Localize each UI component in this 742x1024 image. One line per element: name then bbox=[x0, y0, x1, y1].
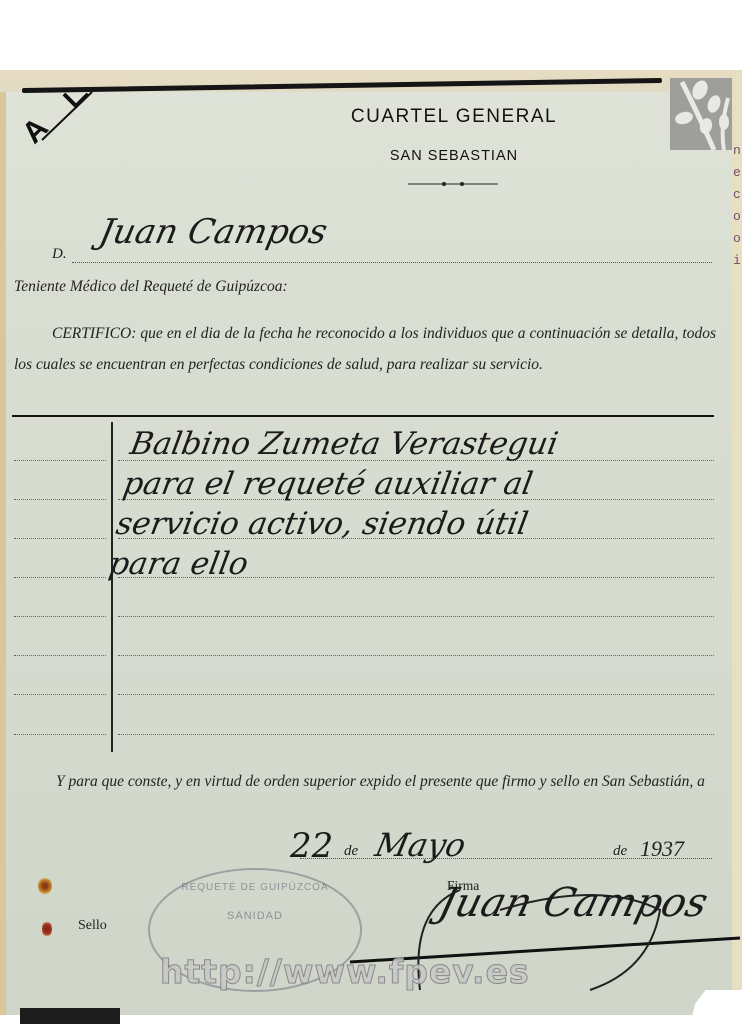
date-de-2: de bbox=[613, 843, 627, 860]
table-row-line bbox=[14, 655, 106, 656]
handwritten-line: para el requeté auxiliar al bbox=[120, 464, 742, 504]
table-row-line bbox=[118, 655, 714, 656]
stamp-center-text: SANIDAD bbox=[150, 910, 360, 922]
handwritten-signature: Juan Campos bbox=[434, 880, 712, 926]
addressee-dotted-line bbox=[72, 262, 712, 263]
table-row-line bbox=[14, 734, 106, 735]
table-column-divider bbox=[111, 422, 113, 752]
bottom-shadow bbox=[20, 1008, 120, 1024]
closing-paragraph: Y para que conste, y en virtud de orden … bbox=[14, 766, 716, 797]
handwritten-month: Mayo bbox=[372, 826, 469, 864]
table-row-line bbox=[14, 538, 106, 539]
rust-pin-hole-icon bbox=[38, 877, 52, 895]
date-de-1: de bbox=[344, 843, 358, 860]
handwritten-addressee-name: Juan Campos bbox=[96, 212, 331, 252]
handwritten-line: Balbino Zumeta Verastegui bbox=[127, 424, 742, 464]
role-line: Teniente Médico del Requeté de Guipúzcoa… bbox=[14, 278, 288, 296]
handwritten-line: para ello bbox=[106, 544, 733, 584]
table-row-line bbox=[118, 694, 714, 695]
stamp-top-text: REQUETÉ DE GUIPÚZCOA bbox=[170, 882, 340, 893]
handwritten-day: 22 bbox=[290, 826, 333, 866]
table-row-line bbox=[118, 616, 714, 617]
addressee-prefix: D. bbox=[52, 246, 67, 263]
seal-label: Sello bbox=[78, 918, 107, 934]
handwritten-line: servicio activo, siendo útil bbox=[113, 504, 740, 544]
date-year: 1937 bbox=[640, 836, 684, 862]
table-row-line bbox=[118, 734, 714, 735]
divider-ornament-icon bbox=[408, 182, 498, 186]
watermark-url: http://www.fpev.es bbox=[160, 952, 530, 991]
certification-paragraph: CERTIFICO: que en el dia de la fecha he … bbox=[14, 318, 716, 380]
table-row-line bbox=[14, 616, 106, 617]
header-title: CUARTEL GENERAL bbox=[0, 106, 742, 128]
handwritten-table-entry: Balbino Zumeta Verastegui para el requet… bbox=[106, 424, 742, 584]
table-row-line bbox=[14, 460, 106, 461]
table-row-line bbox=[14, 694, 106, 695]
table-top-rule bbox=[12, 415, 714, 417]
rust-pin-hole-icon bbox=[42, 921, 52, 937]
table-row-line bbox=[14, 499, 106, 500]
table-row-line bbox=[14, 577, 106, 578]
header-subtitle: SAN SEBASTIAN bbox=[0, 148, 742, 164]
